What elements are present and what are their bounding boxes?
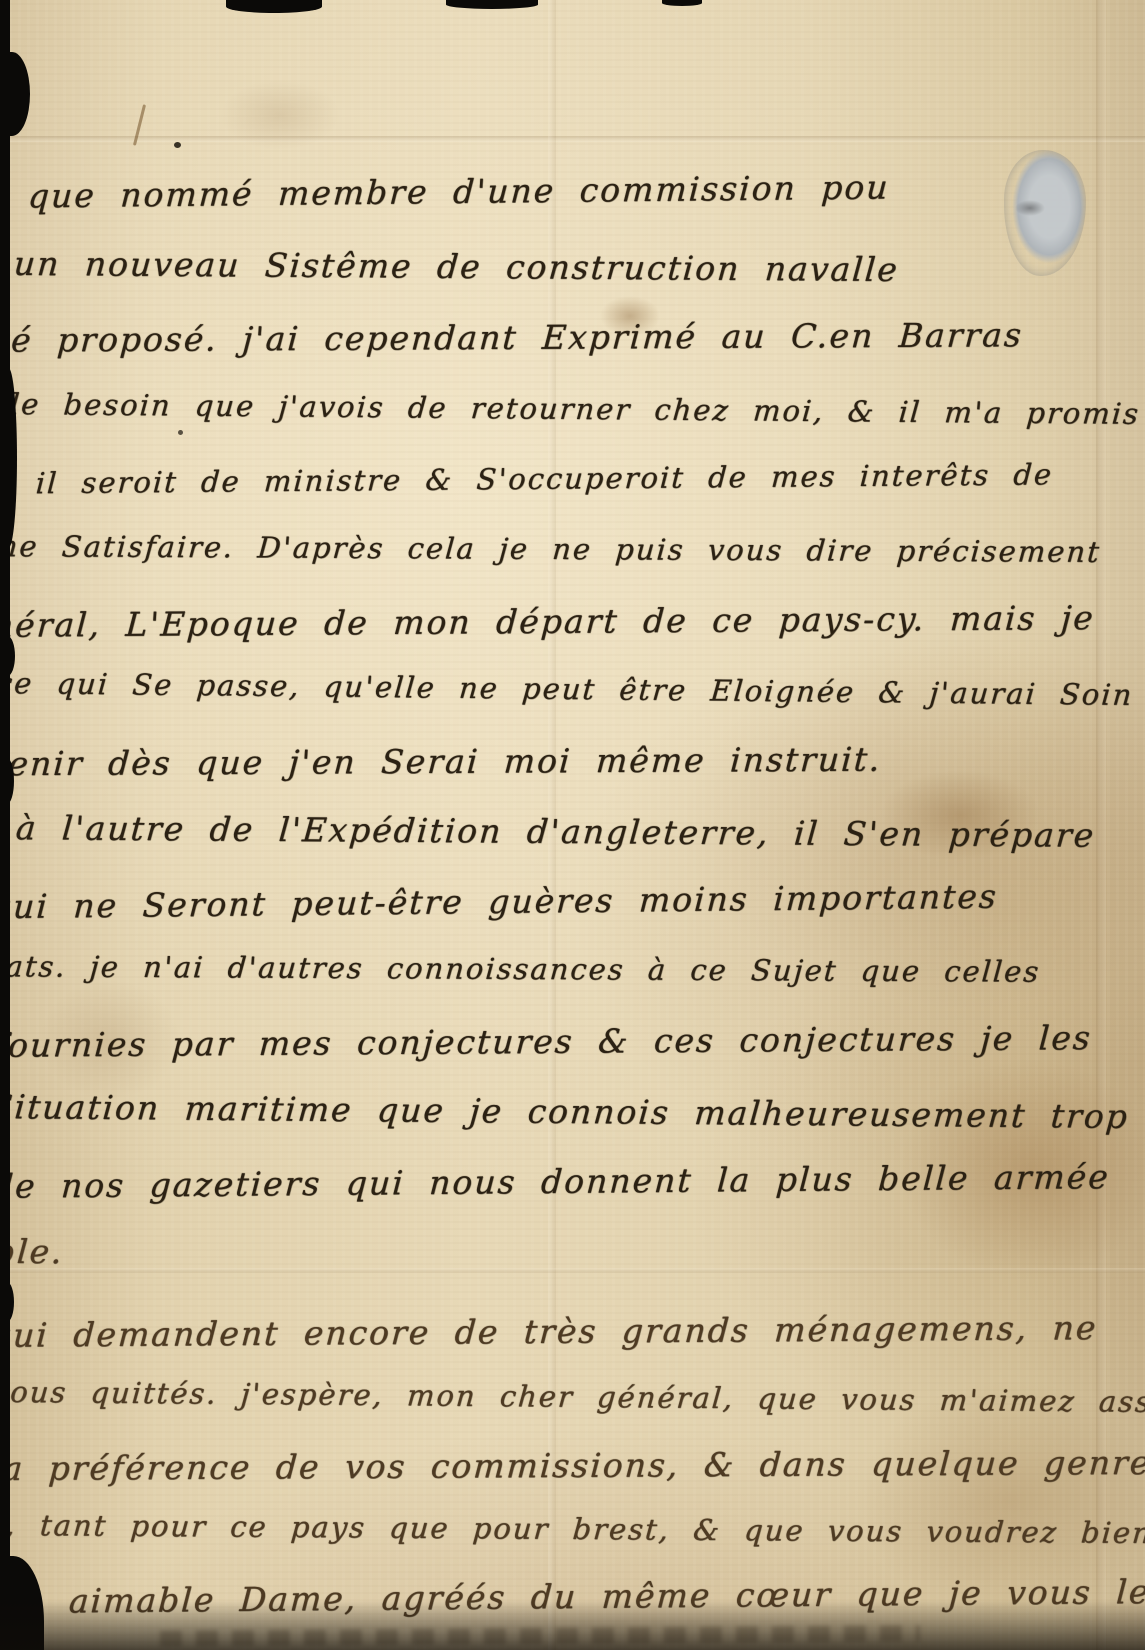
manuscript-line: la préférence de vos commissions, & dans… <box>0 1443 1145 1488</box>
manuscript-line: qui demandent encore de très grands ména… <box>0 1308 1099 1355</box>
scan-edge-left <box>0 0 10 1650</box>
scanned-letter-page: que nommé membre d'une commission pouun … <box>0 0 1145 1650</box>
manuscript-line: le besoin que j'avois de retourner chez … <box>9 387 1142 431</box>
manuscript-text-block: que nommé membre d'une commission pouun … <box>0 0 1145 1650</box>
manuscript-line: néral, L'Epoque de mon départ de ce pays… <box>0 598 1096 645</box>
manuscript-line: de nos gazetiers qui nous donnent la plu… <box>0 1157 1111 1206</box>
manuscript-line: me Satisfaire. D'après cela je ne puis v… <box>0 529 1102 569</box>
manuscript-line: vous quittés. j'espère, mon cher général… <box>0 1375 1145 1419</box>
manuscript-line: Situation maritime que je connois malheu… <box>0 1087 1130 1136</box>
manuscript-line: qui ne Seront peut-être guères moins imp… <box>0 877 999 927</box>
scan-edge-left-bump-4 <box>0 758 14 804</box>
manuscript-line: tats. je n'ai d'autres connoissances à c… <box>0 949 1042 988</box>
manuscript-line: fournies par mes conjectures & ces conje… <box>0 1018 1093 1065</box>
manuscript-line: venir dès que j'en Serai moi même instru… <box>0 740 883 784</box>
scan-edge-left-bump-5 <box>0 1282 14 1322</box>
scan-edge-left-bump-3 <box>0 636 15 676</box>
manuscript-line: ce qui Se passe, qu'elle ne peut être El… <box>0 666 1135 712</box>
manuscript-line: t, tant pour ce pays que pour brest, & q… <box>0 1508 1145 1550</box>
manuscript-line: que nommé membre d'une commission pou <box>27 167 891 215</box>
scan-edge-left-bump-2 <box>0 368 17 548</box>
scan-shadow-bottom <box>0 1600 1145 1650</box>
manuscript-line: d il seroit de ministre & S'occuperoit d… <box>0 457 1054 500</box>
scan-edge-top-smudge-1 <box>226 0 322 13</box>
scan-edge-top-smudge-3 <box>662 0 702 6</box>
manuscript-line: un nouveau Sistême de construction naval… <box>13 244 901 289</box>
manuscript-line: té proposé. j'ai cependant Exprimé au C.… <box>0 315 1024 359</box>
scan-edge-top-smudge-2 <box>446 0 538 9</box>
manuscript-line: à l'autre de l'Expédition d'angleterre, … <box>15 808 1097 855</box>
